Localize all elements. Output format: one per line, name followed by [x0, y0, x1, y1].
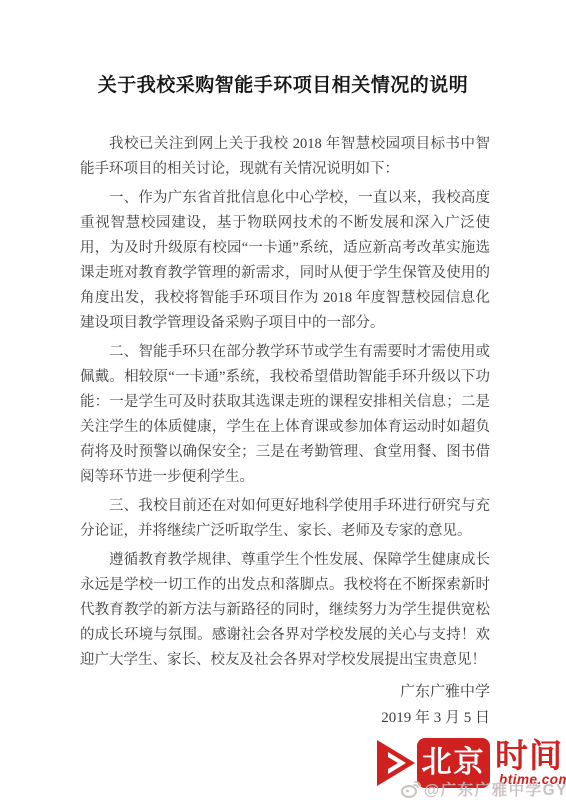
document-title: 关于我校采购智能手环项目相关情况的说明	[40, 73, 526, 99]
signature-school-name: 广东广雅中学	[0, 680, 490, 705]
document-body: 我校已关注到网上关于我校 2018 年智慧校园项目标书中智能手环项目的相关讨论，…	[80, 132, 490, 673]
signature-date: 2019 年 3 月 5 日	[0, 706, 490, 731]
document-paragraph: 我校已关注到网上关于我校 2018 年智慧校园项目标书中智能手环项目的相关讨论，…	[80, 132, 490, 182]
document-paragraph: 二、智能手环只在部分教学环节或学生有需要时才需使用或佩戴。相较原“一卡通”系统，…	[80, 340, 490, 490]
document-paragraph: 遵循教育教学规律、尊重学生个性发展、保障学生健康成长永远是学校一切工作的出发点和…	[80, 548, 490, 673]
logo-time-text: 时间	[495, 739, 566, 773]
weibo-icon	[401, 781, 421, 798]
document-page: 关于我校采购智能手环项目相关情况的说明 我校已关注到网上关于我校 2018 年智…	[0, 0, 566, 800]
logo-beijing-text: 北京	[422, 748, 486, 778]
weibo-credit-watermark: @广东广雅中学GY	[401, 778, 566, 800]
document-paragraph: 三、我校目前还在对如何更好地科学使用手环进行研究与充分论证，并将继续广泛听取学生…	[80, 494, 490, 544]
credit-text: @广东广雅中学GY	[424, 778, 566, 800]
document-paragraph: 一、作为广东省首批信息化中心学校，一直以来，我校高度重视智慧校园建设，基于物联网…	[80, 186, 490, 336]
